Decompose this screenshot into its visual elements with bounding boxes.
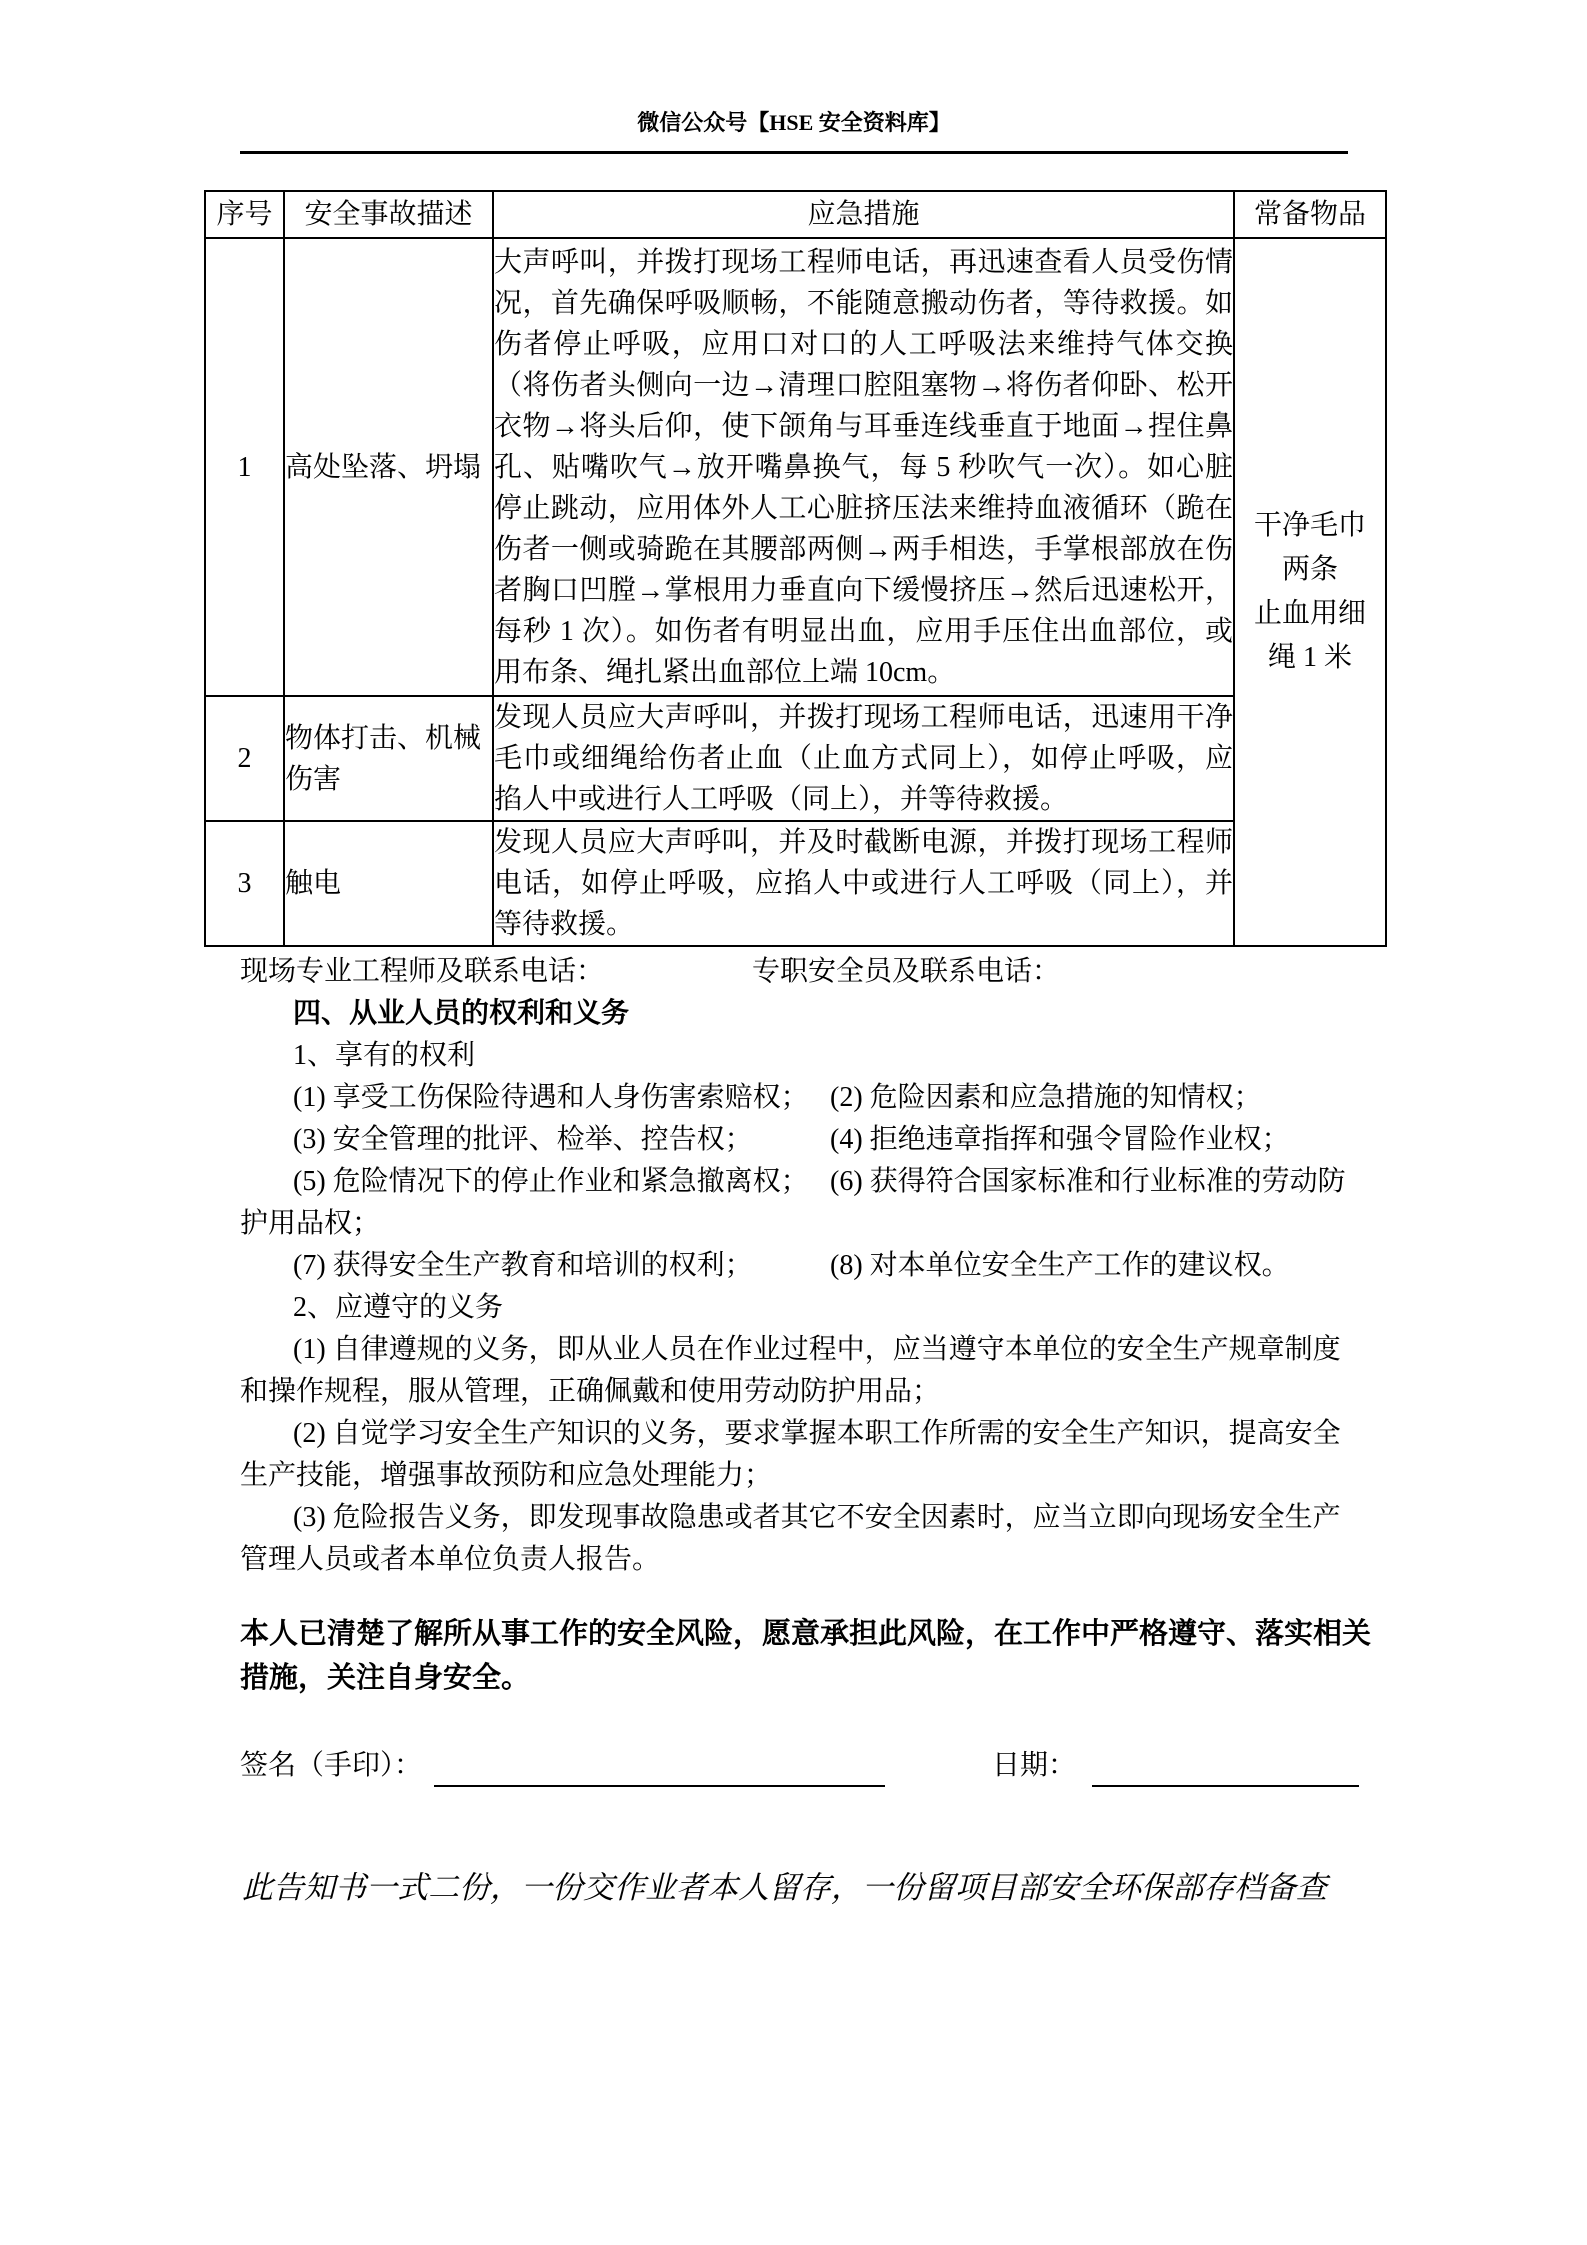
body-text: 现场专业工程师及联系电话： 专职安全员及联系电话： 四、从业人员的权利和义务 1… [240,951,1356,1581]
col-header-no: 序号 [205,191,284,238]
page-header: 微信公众号【HSE 安全资料库】 [240,106,1348,154]
supplies-line: 止血用细 [1235,592,1385,636]
measure-cell: 大声呼叫，并拨打现场工程师电话，再迅速查看人员受伤情况，首先确保呼吸顺畅，不能随… [493,238,1234,696]
table-row: 1 高处坠落、坍塌 大声呼叫，并拨打现场工程师电话，再迅速查看人员受伤情况，首先… [205,238,1386,696]
contacts-line: 现场专业工程师及联系电话： 专职安全员及联系电话： [240,951,1356,993]
right-item-8: (8) 对本单位安全生产工作的建议权。 [830,1245,1290,1287]
row-number-cell: 2 [205,696,284,821]
wechat-account-title: 微信公众号【HSE 安全资料库】 [637,110,951,135]
supplies-line: 两条 [1235,548,1385,592]
footer-note: 此告知书一式二份，一份交作业者本人留存，一份留项目部安全环保部存档备查 [242,1862,1442,1907]
rights-row: (1) 享受工伤保险待遇和人身伤害索赔权； (2) 危险因素和应急措施的知情权； [240,1077,1356,1119]
col-header-supplies: 常备物品 [1234,191,1386,238]
rights-heading: 1、享有的权利 [240,1035,1356,1077]
right-item-7: (7) 获得安全生产教育和培训的权利； [240,1245,753,1287]
right-item-4: (4) 拒绝违章指挥和强令冒险作业权； [830,1119,1290,1161]
rights-row: (3) 安全管理的批评、检举、控告权； (4) 拒绝违章指挥和强令冒险作业权； [240,1119,1356,1161]
accident-desc-cell: 物体打击、机械伤害 [284,696,493,821]
rights-row: (5) 危险情况下的停止作业和紧急撤离权； (6) 获得符合国家标准和行业标准的… [240,1161,1356,1203]
right-item-1: (1) 享受工伤保险待遇和人身伤害索赔权； [240,1077,809,1119]
signature-field[interactable] [434,1753,885,1787]
declaration-line: 本人已清楚了解所从事工作的安全风险，愿意承担此风险，在工作中严格遵守、落实相关 [240,1612,1356,1656]
accident-desc-cell: 高处坠落、坍塌 [284,238,493,696]
duty-line: 管理人员或者本单位负责人报告。 [240,1539,1356,1581]
table-row: 3 触电 发现人员应大声呼叫，并及时截断电源，并拨打现场工程师电话，如停止呼吸，… [205,821,1386,946]
date-label: 日期： [992,1750,1076,1781]
table-row: 2 物体打击、机械伤害 发现人员应大声呼叫，并拨打现场工程师电话，迅速用干净毛巾… [205,696,1386,821]
date-field[interactable] [1092,1753,1359,1787]
supplies-cell: 干净毛巾 两条 止血用细 绳 1 米 [1234,238,1386,946]
right-item-5: (5) 危险情况下的停止作业和紧急撤离权； [240,1161,809,1203]
row-number-cell: 3 [205,821,284,946]
safety-officer-contact-label: 专职安全员及联系电话： [752,956,1060,987]
duties-heading: 2、应遵守的义务 [240,1287,1356,1329]
table-header-row: 序号 安全事故描述 应急措施 常备物品 [205,191,1386,238]
emergency-measures-table-wrap: 序号 安全事故描述 应急措施 常备物品 1 高处坠落、坍塌 大声呼叫，并拨打现场… [204,190,1387,947]
emergency-measures-table: 序号 安全事故描述 应急措施 常备物品 1 高处坠落、坍塌 大声呼叫，并拨打现场… [204,190,1387,947]
rights-row: (7) 获得安全生产教育和培训的权利； (8) 对本单位安全生产工作的建议权。 [240,1245,1356,1287]
accident-desc-cell: 触电 [284,821,493,946]
supplies-line: 绳 1 米 [1235,636,1385,680]
col-header-desc: 安全事故描述 [284,191,493,238]
document-page: 微信公众号【HSE 安全资料库】 序号 安全事故描述 应急措施 常备物品 1 高… [0,0,1587,2245]
duty-line: 生产技能，增强事故预防和应急处理能力； [240,1455,1356,1497]
measure-cell: 发现人员应大声呼叫，并拨打现场工程师电话，迅速用干净毛巾或细绳给伤者止血（止血方… [493,696,1234,821]
col-header-measure: 应急措施 [493,191,1234,238]
engineer-contact-label: 现场专业工程师及联系电话： [240,951,745,993]
right-item-6: (6) 获得符合国家标准和行业标准的劳动防 [830,1161,1346,1203]
duty-line: 和操作规程，服从管理，正确佩戴和使用劳动防护用品； [240,1371,1356,1413]
signature-row: 签名（手印）：日期： [240,1745,1440,1787]
right-item-6-continuation: 护用品权； [240,1203,1356,1245]
right-item-2: (2) 危险因素和应急措施的知情权； [830,1077,1262,1119]
right-item-3: (3) 安全管理的批评、检举、控告权； [240,1119,753,1161]
duty-line: (1) 自律遵规的义务，即从业人员在作业过程中，应当遵守本单位的安全生产规章制度 [240,1329,1356,1371]
section4-heading: 四、从业人员的权利和义务 [240,993,1356,1035]
duty-line: (3) 危险报告义务，即发现事故隐患或者其它不安全因素时，应当立即向现场安全生产 [240,1497,1356,1539]
duty-line: (2) 自觉学习安全生产知识的义务，要求掌握本职工作所需的安全生产知识，提高安全 [240,1413,1356,1455]
declaration-line: 措施，关注自身安全。 [240,1656,1356,1700]
signature-label: 签名（手印）： [240,1750,422,1781]
row-number-cell: 1 [205,238,284,696]
supplies-line: 干净毛巾 [1235,504,1385,548]
measure-cell: 发现人员应大声呼叫，并及时截断电源，并拨打现场工程师电话，如停止呼吸，应掐人中或… [493,821,1234,946]
risk-declaration: 本人已清楚了解所从事工作的安全风险，愿意承担此风险，在工作中严格遵守、落实相关 … [240,1612,1356,1700]
